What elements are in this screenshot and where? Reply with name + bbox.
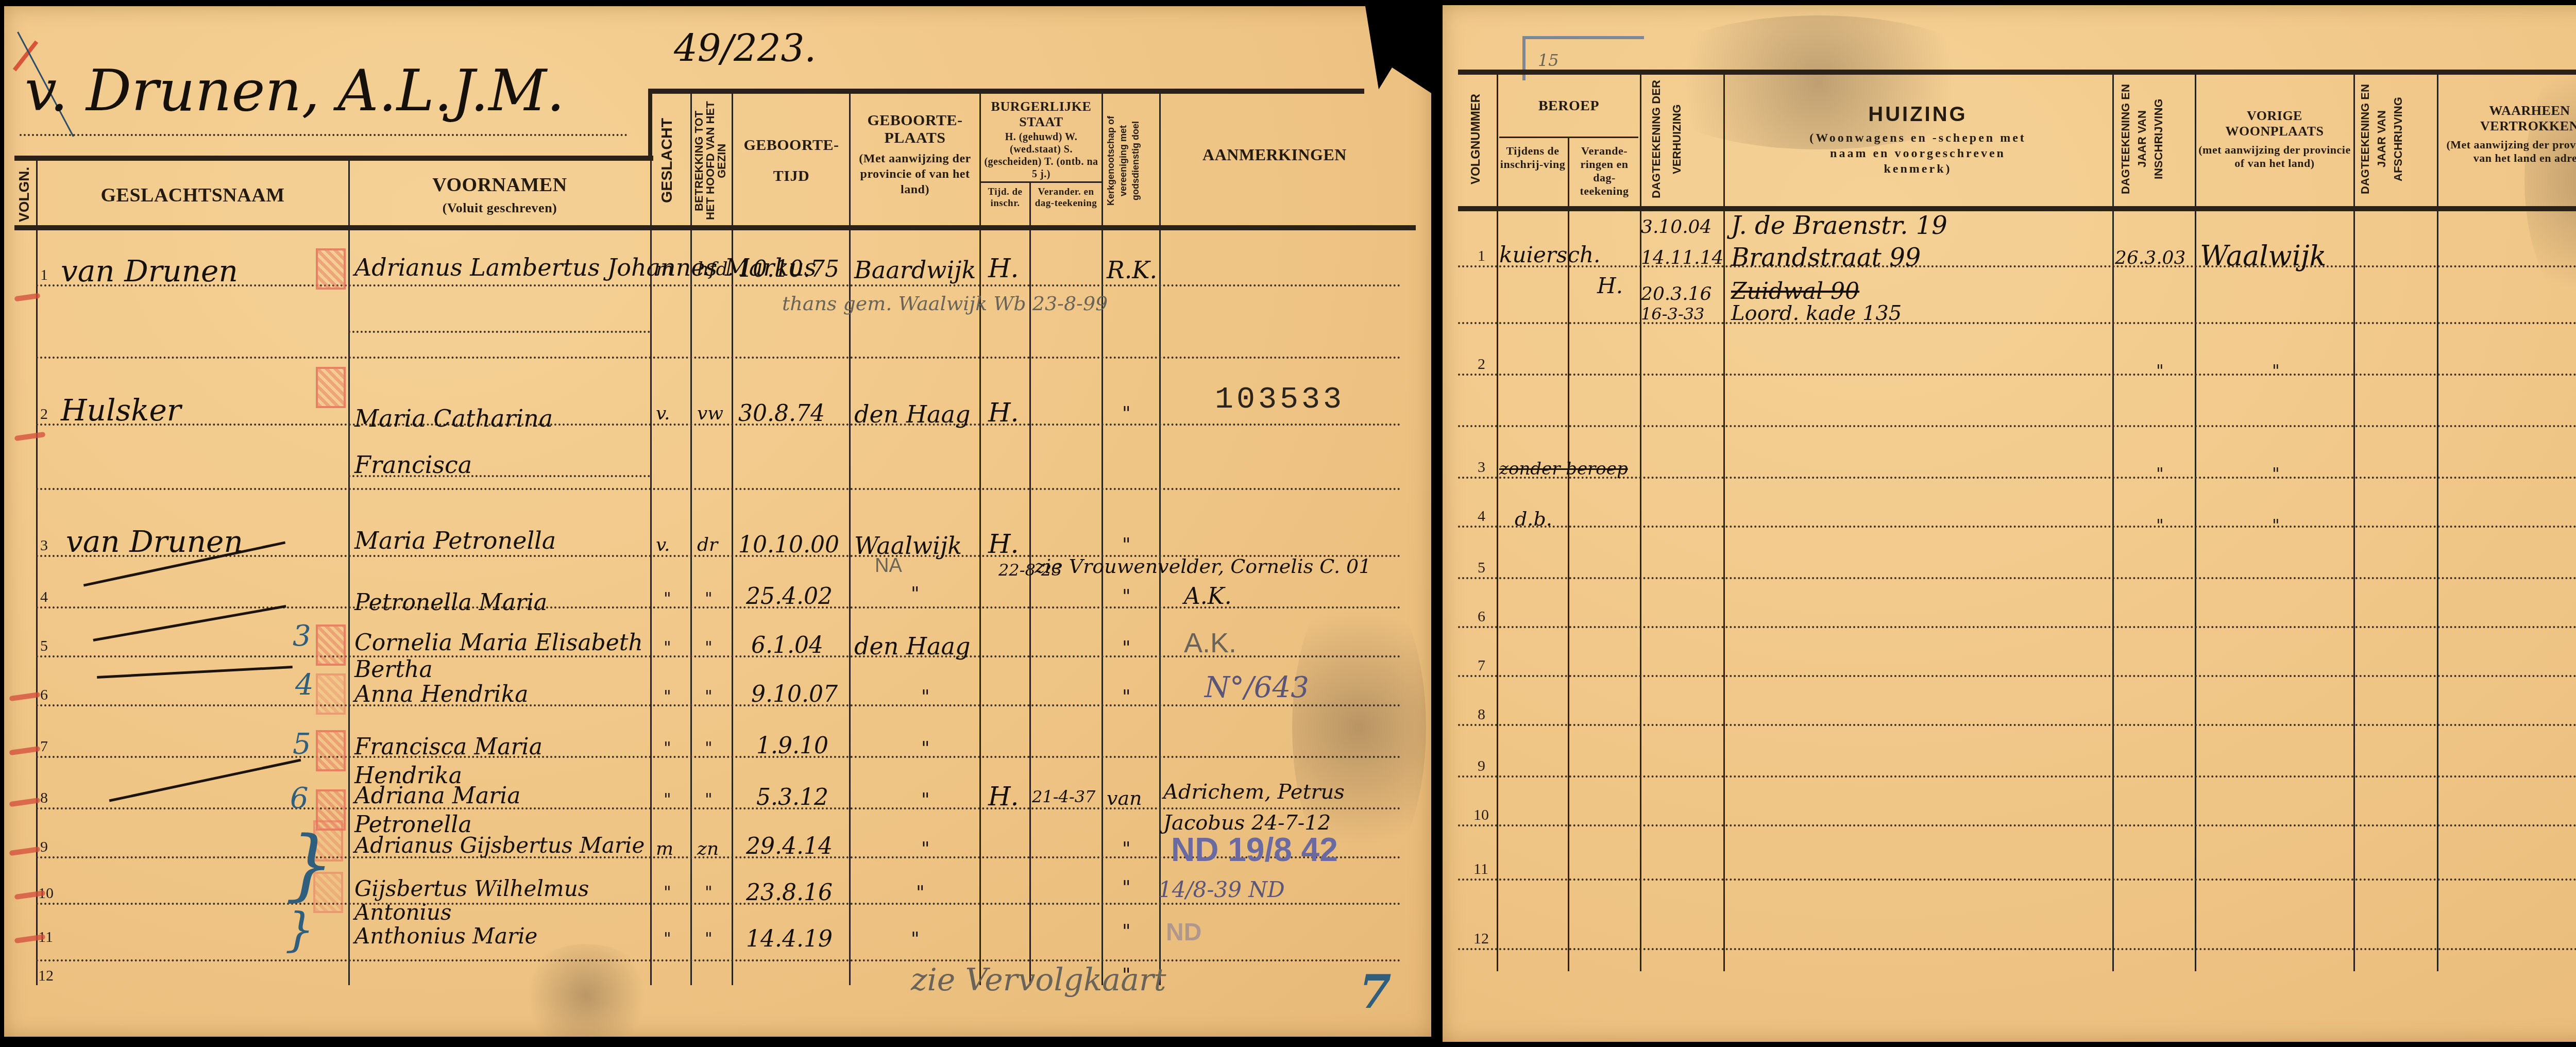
blue-bracket: }	[285, 820, 334, 910]
birth-date: 14.4.19	[746, 926, 833, 952]
row-number: 1	[40, 266, 48, 284]
remarks: A.K.	[1184, 583, 1232, 610]
footer-number: 7	[1359, 965, 1392, 1019]
col-divider	[979, 94, 981, 985]
side-number: 4	[295, 668, 314, 702]
side-number: 5	[293, 728, 311, 761]
red-stamp	[316, 367, 346, 408]
relation: "	[705, 588, 713, 608]
move-date: 14.11.14	[1641, 247, 1723, 268]
header-veranderingen: Verande-ringen en dag-teekening	[1570, 144, 1638, 198]
relation: "	[705, 882, 713, 902]
row-line	[348, 331, 650, 333]
col-divider	[1159, 94, 1161, 985]
move-date: 3.10.04	[1641, 216, 1711, 238]
row-number: 3	[40, 537, 48, 554]
header-geboorteplaats: GEBOORTE-PLAATS (Met aanwijzing der prov…	[851, 112, 979, 197]
birth-date: 23.8.16	[746, 880, 833, 906]
header-rule-bottom	[1458, 206, 2576, 211]
title-underline	[20, 134, 628, 136]
header-voornamen: VOORNAMEN (Voluit geschreven)	[350, 174, 649, 216]
header-vorige-woonplaats-label: VORIGE WOONPLAATS	[2226, 108, 2324, 139]
given-names: Petronella Maria	[354, 581, 643, 625]
registration-date: "	[2156, 515, 2164, 535]
sex: m	[656, 838, 673, 859]
col-divider	[2112, 75, 2114, 971]
row-line	[1458, 577, 2576, 579]
side-number: 6	[290, 782, 309, 815]
header-voornamen-sub: (Voluit geschreven)	[350, 200, 649, 216]
church: "	[1122, 877, 1131, 898]
row-number: 2	[1478, 356, 1485, 373]
row-number: 1	[1478, 247, 1485, 265]
col-divider	[690, 94, 692, 985]
col-divider	[849, 94, 851, 985]
header-huizing-label: HUIZING	[1868, 103, 1967, 126]
surname: van Drunen	[66, 524, 243, 559]
given-names: Maria Catharina Francisca	[354, 395, 643, 488]
registration-date: 26.3.03	[2115, 247, 2185, 268]
birth-place: den Haag	[854, 400, 970, 428]
given-names: Maria Petronella	[354, 527, 556, 554]
church: van	[1107, 787, 1142, 809]
birth-date: 10.10.00	[738, 532, 839, 558]
file-number: 49/223.	[674, 27, 816, 70]
remarks: zie Vrouwenvelder, Cornelis C. 01	[1035, 555, 1371, 578]
row-line	[1458, 526, 2576, 528]
previous-residence: "	[2272, 361, 2280, 380]
birth-place: Baardwijk	[854, 256, 976, 284]
header-rule-bottom	[14, 225, 1416, 230]
row-line	[36, 756, 1401, 758]
row-number: 9	[40, 838, 48, 856]
birth-place: "	[911, 928, 920, 950]
previous-residence: "	[2272, 515, 2280, 535]
header-huizing-sub: (Woonwagens en -schepen met naam en voor…	[1726, 130, 2110, 177]
birth-place: "	[921, 686, 930, 707]
corner-stamp-number: 15	[1538, 50, 1559, 70]
birth-date: 6.1.04	[751, 632, 823, 658]
row-number: 7	[40, 738, 48, 755]
row-line	[36, 488, 1401, 490]
row-number: 10	[1473, 806, 1489, 824]
birth-date: 5.3.12	[756, 784, 828, 810]
relation: dr	[697, 534, 718, 555]
row-number: 11	[1473, 860, 1488, 878]
row-number: 12	[38, 967, 54, 985]
red-stamp	[316, 730, 346, 771]
row-line	[1458, 724, 2576, 726]
previous-residence: Waalwijk	[2200, 240, 2326, 272]
sex: "	[664, 637, 671, 657]
given-names: Adriana Maria Petronella	[354, 782, 602, 839]
birth-place: Waalwijk	[854, 532, 962, 560]
header-burgerlijke-staat: BURGERLIJKE STAAT H. (gehuwd) W. (wed.st…	[981, 99, 1101, 180]
civil-status: H.	[988, 254, 1019, 283]
header-rule-top	[1458, 70, 2576, 75]
birth-place: "	[921, 738, 930, 759]
address: Brandstraat 99	[1731, 243, 1921, 272]
sex: "	[664, 686, 671, 706]
relation: "	[705, 789, 713, 809]
register-card-front: v. Drunen, A.L.J.M. 49/223. VOLGN. GESLA…	[4, 6, 1431, 1037]
row-line	[36, 357, 1401, 359]
birth-place: "	[921, 789, 930, 810]
row-line	[1458, 265, 2576, 267]
given-names: Anna Hendrika	[354, 681, 529, 707]
row-line	[1458, 322, 2576, 324]
sex: m	[656, 259, 673, 280]
header-rule-top-left	[14, 156, 653, 161]
address: Zuidwal 90	[1731, 278, 1859, 305]
sex: "	[664, 928, 671, 948]
given-names: Cornelia Maria Elisabeth Bertha	[354, 630, 643, 683]
torn-corner	[1365, 6, 1432, 94]
birth-place: "	[916, 882, 925, 903]
relation: zn	[697, 838, 719, 859]
sub-header-rule	[1499, 137, 1638, 138]
birth-date: 10.10.75	[738, 256, 839, 282]
col-divider	[1497, 75, 1498, 971]
row-line	[1458, 425, 2576, 427]
side-number: 3	[293, 619, 311, 653]
row-line	[1458, 675, 2576, 677]
ditto-stroke	[93, 605, 286, 641]
header-aanmerkingen: AANMERKINGEN	[1161, 145, 1388, 164]
col-divider	[2437, 75, 2438, 971]
birth-date: 30.8.74	[738, 400, 825, 427]
row-line	[36, 284, 1401, 286]
header-waarheen-label: WAARHEEN VERTROKKEN	[2480, 103, 2576, 133]
given-names: Adrianus Gijsbertus Marie	[354, 833, 648, 858]
civil-status: H.	[988, 529, 1019, 559]
pencil-annotation: NA	[875, 555, 902, 577]
relation: "	[705, 686, 713, 706]
col-divider	[1640, 75, 1641, 971]
church: R.K.	[1107, 256, 1157, 284]
header-waarheen: WAARHEEN VERTROKKEN (Met aanwijzing der …	[2439, 103, 2576, 165]
pencil-annotation: thans gem. Waalwijk Wb 23-8-99	[782, 292, 1108, 315]
header-rule-top-right	[648, 89, 1364, 94]
header-dagteekening-verhuizing: DAGTEEKENING DER VERHUIZING	[1646, 77, 1718, 201]
row-number: 8	[40, 789, 48, 807]
birth-place: "	[921, 838, 930, 859]
header-dagteekening-inschrijving: DAGTEEKENING EN JAAR VAN INSCHRIJVING	[2117, 77, 2190, 201]
church: "	[1122, 838, 1131, 859]
col-divider	[2195, 75, 2196, 971]
header-burgerlijke-staat-sub: H. (gehuwd) W. (wed.staat) S. (gescheide…	[981, 131, 1101, 180]
relation: vw	[697, 403, 723, 424]
church: "	[1122, 921, 1131, 942]
row-line	[36, 903, 1401, 905]
birth-date: 1.9.10	[756, 733, 828, 759]
col-divider	[1101, 94, 1103, 985]
row-number: 12	[1473, 930, 1489, 948]
sex: "	[664, 588, 671, 608]
church: "	[1122, 534, 1131, 555]
row-line	[1458, 775, 2576, 778]
civil-status: H.	[988, 782, 1019, 812]
family-name-heading: v. Drunen, A.L.J.M.	[25, 58, 565, 124]
footer-note: zie Vervolgkaart	[911, 962, 1166, 998]
header-huizing: HUIZING (Woonwagens en -schepen met naam…	[1726, 103, 2110, 177]
header-beroep: BEROEP	[1499, 98, 1638, 114]
relation: "	[705, 928, 713, 948]
row-line	[1458, 824, 2576, 826]
move-date: 20.3.16	[1641, 283, 1711, 305]
red-margin-mark	[14, 432, 46, 441]
row-number: 4	[40, 588, 48, 606]
red-stamp	[316, 624, 346, 666]
header-verander: Verander. en dag-teekening	[1031, 187, 1100, 209]
relation: "	[705, 738, 713, 757]
header-vorige-woonplaats: VORIGE WOONPLAATS (met aanwijzing der pr…	[2197, 108, 2352, 170]
register-card-back: 15 VOLGNUMMER BEROEP Tijdens de inschrij…	[1443, 5, 2576, 1042]
church: "	[1122, 403, 1131, 424]
row-line	[36, 959, 1401, 961]
relation: "	[705, 637, 713, 657]
header-geboorteplaats-label: GEBOORTE-PLAATS	[867, 112, 962, 146]
col-divider	[1723, 75, 1725, 971]
header-tijd-inschr: Tijd. de inschr.	[981, 187, 1029, 209]
remarks-number-stamp: 103533	[1215, 382, 1345, 417]
row-line	[1458, 374, 2576, 376]
row-number: 9	[1478, 757, 1485, 775]
sub-header-rule	[979, 181, 1103, 183]
col-divider	[2353, 75, 2355, 971]
civil-status: H.	[988, 398, 1019, 428]
header-geslacht: GESLACHT	[658, 99, 676, 223]
birth-date: 25.4.02	[746, 583, 833, 610]
row-number: 3	[1478, 459, 1485, 476]
row-number: 4	[1478, 508, 1485, 525]
given-names: Gijsbertus Wilhelmus Antonius	[354, 877, 648, 924]
red-stamp	[316, 248, 346, 290]
header-volgnummer: VOLGNUMMER	[1467, 77, 1485, 201]
header-geslachtsnaam: GESLACHTSNAAM	[38, 184, 347, 207]
address: Loord. kade 135	[1731, 301, 1902, 325]
row-line	[1458, 879, 2576, 881]
blue-bracket: }	[285, 903, 314, 957]
stain	[2524, 36, 2576, 325]
col-divider	[732, 94, 733, 985]
birth-place: den Haag	[854, 632, 970, 660]
remarks: Adrichem, Petrus Jacobus 24-7-12	[1163, 776, 1411, 838]
row-number: 2	[40, 406, 48, 423]
row-number: 6	[1478, 608, 1485, 626]
surname: van Drunen	[61, 254, 238, 289]
birth-place: "	[911, 583, 920, 604]
remarks: A.K.	[1184, 627, 1236, 659]
row-number: 7	[1478, 657, 1485, 674]
address: J. de Braenstr. 19	[1731, 211, 1947, 240]
beroep: zonder beroep	[1499, 459, 1628, 479]
registration-date: "	[2156, 464, 2164, 483]
move-date: 16-3-33	[1641, 304, 1704, 324]
header-dagteekening-afschrijving: DAGTEEKENING EN JAAR VAN AFSCHRIJVING	[2357, 77, 2434, 201]
header-geboorteplaats-sub: (Met aanwijzing der provincie of van het…	[851, 151, 979, 197]
sex: "	[664, 882, 671, 902]
row-number: 5	[40, 637, 48, 655]
remarks: N°/643	[1205, 671, 1309, 704]
beroep: d.b.	[1515, 508, 1552, 530]
sex: v.	[656, 403, 670, 424]
row-number: 8	[1478, 706, 1485, 723]
sex: "	[664, 789, 671, 809]
header-volgn: VOLGN.	[15, 166, 33, 223]
header-voornamen-label: VOORNAMEN	[432, 174, 567, 196]
given-names: Anthonius Marie	[354, 923, 537, 949]
row-number: 5	[1478, 559, 1485, 577]
church: "	[1122, 637, 1131, 658]
header-kerkgenootschap: Kerkgenootschap of vereeniging met godsd…	[1105, 99, 1156, 223]
header-betrekking: BETREKKING TOT HET HOOFD VAN HET GEZIN	[693, 99, 730, 223]
header-burgerlijke-staat-label: BURGERLIJKE STAAT	[991, 99, 1092, 129]
header-waarheen-sub: (Met aanwijzing der provincie of van het…	[2439, 138, 2576, 165]
birth-date: 9.10.07	[751, 681, 838, 707]
remarks-nd-stamp: ND 19/8 42	[1171, 831, 1338, 869]
beroep-change: H.	[1597, 273, 1623, 298]
row-number: 6	[40, 686, 48, 704]
civil-change-date: 21-4-37	[1032, 787, 1095, 806]
surname: Hulsker	[61, 393, 181, 428]
birth-date: 29.4.14	[746, 833, 833, 859]
church: "	[1122, 586, 1131, 607]
previous-residence: "	[2272, 464, 2280, 483]
header-geboortetijd: GEBOORTE-TIJD	[735, 130, 848, 192]
ditto-stroke	[109, 759, 301, 802]
row-line	[36, 704, 1401, 706]
header-tijdens: Tijdens de inschrij-ving	[1499, 144, 1566, 171]
sex: "	[664, 738, 671, 757]
sex: v.	[656, 534, 670, 555]
beroep: kuiersch.	[1499, 242, 1600, 267]
remarks: 14/8-39 ND	[1158, 877, 1285, 902]
header-vorige-woonplaats-sub: (met aanwijzing der provincie of van het…	[2197, 143, 2352, 170]
registration-date: "	[2156, 361, 2164, 380]
red-stamp	[316, 673, 346, 715]
row-line	[1458, 626, 2576, 628]
church: "	[1122, 686, 1131, 707]
remarks-nd-stamp: ND	[1166, 918, 1201, 947]
relation: hfd.	[697, 259, 734, 280]
row-line	[1458, 948, 2576, 950]
ditto-stroke	[97, 666, 293, 679]
header-step	[648, 89, 652, 161]
